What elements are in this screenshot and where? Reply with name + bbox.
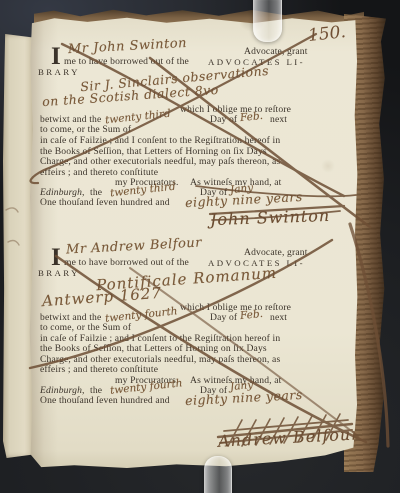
printed-line: me to have borrowed out of the bbox=[64, 57, 189, 67]
form1-initial: I bbox=[51, 44, 61, 69]
printed-line: the Books of Seſſion, that Letters of Ho… bbox=[40, 344, 267, 354]
printed-line: One thouſand ſeven hundred and bbox=[40, 396, 170, 406]
printed-line: BRARY bbox=[38, 269, 80, 278]
form1-return-month-handwritten: Feb. bbox=[239, 110, 263, 124]
printed-line: effeirs ; and thereto conſtitute bbox=[40, 365, 158, 375]
printed-line: Advocate, grant bbox=[244, 47, 308, 57]
form2-borrower-name-handwritten: Mr Andrew Belfour bbox=[66, 235, 203, 257]
printed-line: next bbox=[270, 313, 287, 323]
printed-line: Advocate, grant bbox=[244, 248, 308, 258]
page-number: 150. bbox=[307, 22, 347, 46]
top-clip bbox=[253, 0, 282, 42]
printed-line: to come, or the Sum of bbox=[40, 323, 131, 333]
form2-book-title-handwritten: Antwerp 1627 bbox=[42, 284, 163, 310]
form1-borrower-name-handwritten: Mr John Swinton bbox=[68, 36, 188, 57]
book-photo: 150. I Mr John Swinton Advocate, grant m… bbox=[0, 0, 400, 493]
form2-initial: I bbox=[51, 245, 61, 270]
printed-line: next bbox=[270, 115, 287, 125]
printed-line: BRARY bbox=[38, 68, 80, 77]
bottom-clip bbox=[204, 456, 232, 493]
printed-line: Day of bbox=[210, 313, 237, 323]
printed-line: to come, or the Sum of bbox=[40, 125, 131, 135]
form2-return-month-handwritten: Feb. bbox=[239, 308, 263, 322]
printed-line: in caſe of Failzie ; and I conſent to th… bbox=[40, 136, 280, 146]
printed-line: One thouſand ſeven hundred and bbox=[40, 198, 170, 208]
printed-line: Day of bbox=[210, 115, 237, 125]
printed-line: Charge, and other executorials needful, … bbox=[40, 157, 280, 167]
form2-signature-handwritten: Andrew Belfour bbox=[218, 424, 361, 450]
form1-signature-handwritten: John Swinton bbox=[210, 206, 331, 229]
manuscript-page: 150. I Mr John Swinton Advocate, grant m… bbox=[28, 16, 358, 468]
printed-line: me to have borrowed out of the bbox=[64, 258, 189, 268]
